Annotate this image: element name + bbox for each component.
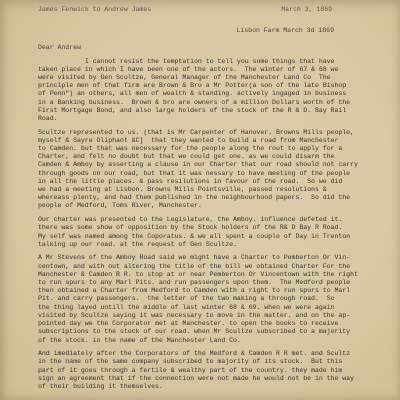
paragraph-5: And imediately after the Corporators of … — [38, 350, 372, 391]
letter-scan-page: James Fenwick to Andrew James March 3, 1… — [0, 0, 400, 400]
paragraph-1: I cannot resist the temptation to tell y… — [38, 58, 372, 124]
paragraph-3: Our charter was presented to the Legisla… — [38, 216, 372, 249]
paragraph-2: Scultze represented to us. (that is Mr C… — [38, 129, 372, 211]
paragraph-4: A Mr Stevens of the Amboy Road said we m… — [38, 254, 372, 344]
caption-correspondents: James Fenwick to Andrew James — [38, 6, 151, 14]
caption-date: March 3, 1869 — [281, 6, 332, 14]
dateline: Lisbon Farm March 3d 1869 — [38, 27, 372, 35]
caption-row: James Fenwick to Andrew James March 3, 1… — [38, 6, 372, 14]
salutation: Dear Andrew — [38, 44, 372, 52]
letter-content: James Fenwick to Andrew James March 3, 1… — [38, 6, 372, 391]
